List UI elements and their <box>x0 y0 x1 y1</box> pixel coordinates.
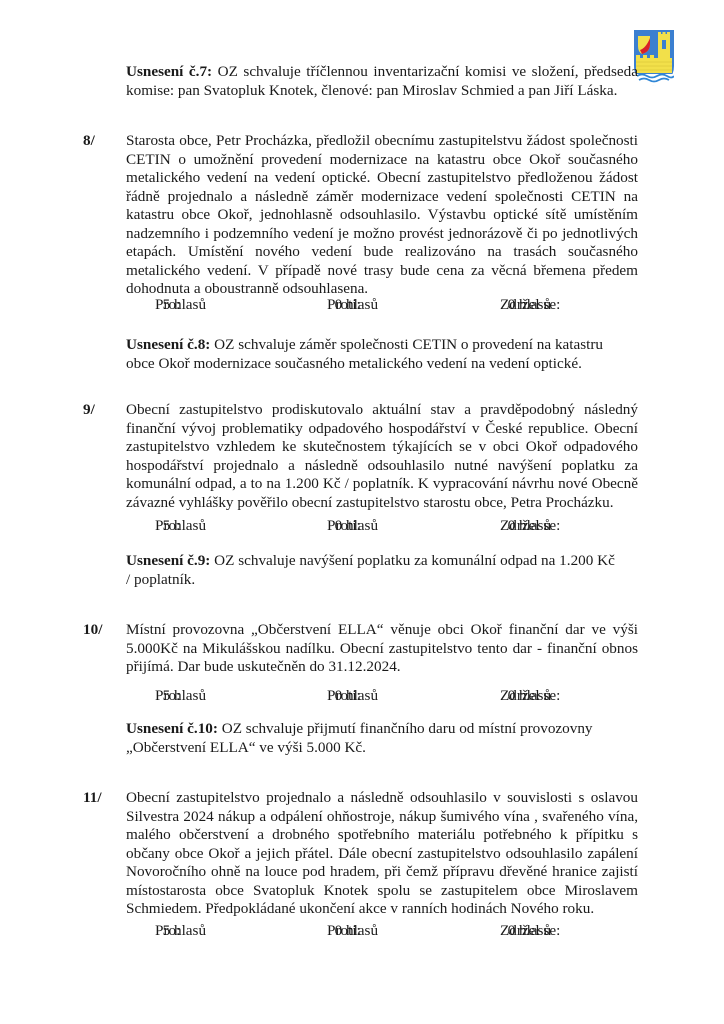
resolution-9: Usnesení č.9: OZ schvaluje navýšení popl… <box>126 552 616 589</box>
item-body: Obecní zastupitelstvo prodiskutovalo akt… <box>126 401 638 512</box>
votes-abstain: Zdržel se: 0 hlasů <box>500 516 508 535</box>
item-body: Obecní zastupitelstvo projednalo a násle… <box>126 789 638 919</box>
votes-for: Pro: 5 hlasů <box>155 295 163 314</box>
item-number: 8/ <box>83 132 95 151</box>
votes-abstain: Zdržel se: 0 hlasů <box>500 921 508 940</box>
vote-tally: Pro: 5 hlasů Proti: 0 hlasů Zdržel se: 0… <box>155 295 615 314</box>
resolution-10: Usnesení č.10: OZ schvaluje přijmutí fin… <box>126 720 616 757</box>
resolution-7: Usnesení č.7: OZ schvaluje tříčlennou in… <box>126 63 638 100</box>
item-body: Starosta obce, Petr Procházka, předložil… <box>126 132 638 299</box>
votes-against: Proti: 0 hlasů <box>327 686 335 705</box>
votes-for: Pro: 5 hlasů <box>155 516 163 535</box>
resolution-label: Usnesení č.10: <box>126 720 218 737</box>
vote-tally: Pro: 5 hlasů Proti: 0 hlasů Zdržel se: 0… <box>155 516 615 535</box>
votes-abstain: Zdržel se: 0 hlasů <box>500 686 508 705</box>
item-body: Místní provozovna „Občerstvení ELLA“ věn… <box>126 621 638 677</box>
resolution-label: Usnesení č.8: <box>126 336 210 353</box>
votes-against: Proti: 0 hlasů <box>327 921 335 940</box>
votes-for: Pro: 5 hlasů <box>155 921 163 940</box>
item-number: 10/ <box>83 621 102 640</box>
resolution-8: Usnesení č.8: OZ schvaluje záměr společn… <box>126 336 616 373</box>
resolution-label: Usnesení č.9: <box>126 552 210 569</box>
vote-tally: Pro: 5 hlasů Proti: 0 hlasů Zdržel se: 0… <box>155 921 615 940</box>
item-number: 11/ <box>83 789 102 808</box>
resolution-label: Usnesení č.7: <box>126 63 212 80</box>
votes-against: Proti: 0 hlasů <box>327 516 335 535</box>
votes-for: Pro: 5 hlasů <box>155 686 163 705</box>
coat-of-arms-icon <box>634 30 674 86</box>
vote-tally: Pro: 5 hlasů Proti: 0 hlasů Zdržel se: 0… <box>155 686 615 705</box>
item-number: 9/ <box>83 401 95 420</box>
votes-against: Proti: 0 hlasů <box>327 295 335 314</box>
votes-abstain: Zdržel se: 0 hlasů <box>500 295 508 314</box>
